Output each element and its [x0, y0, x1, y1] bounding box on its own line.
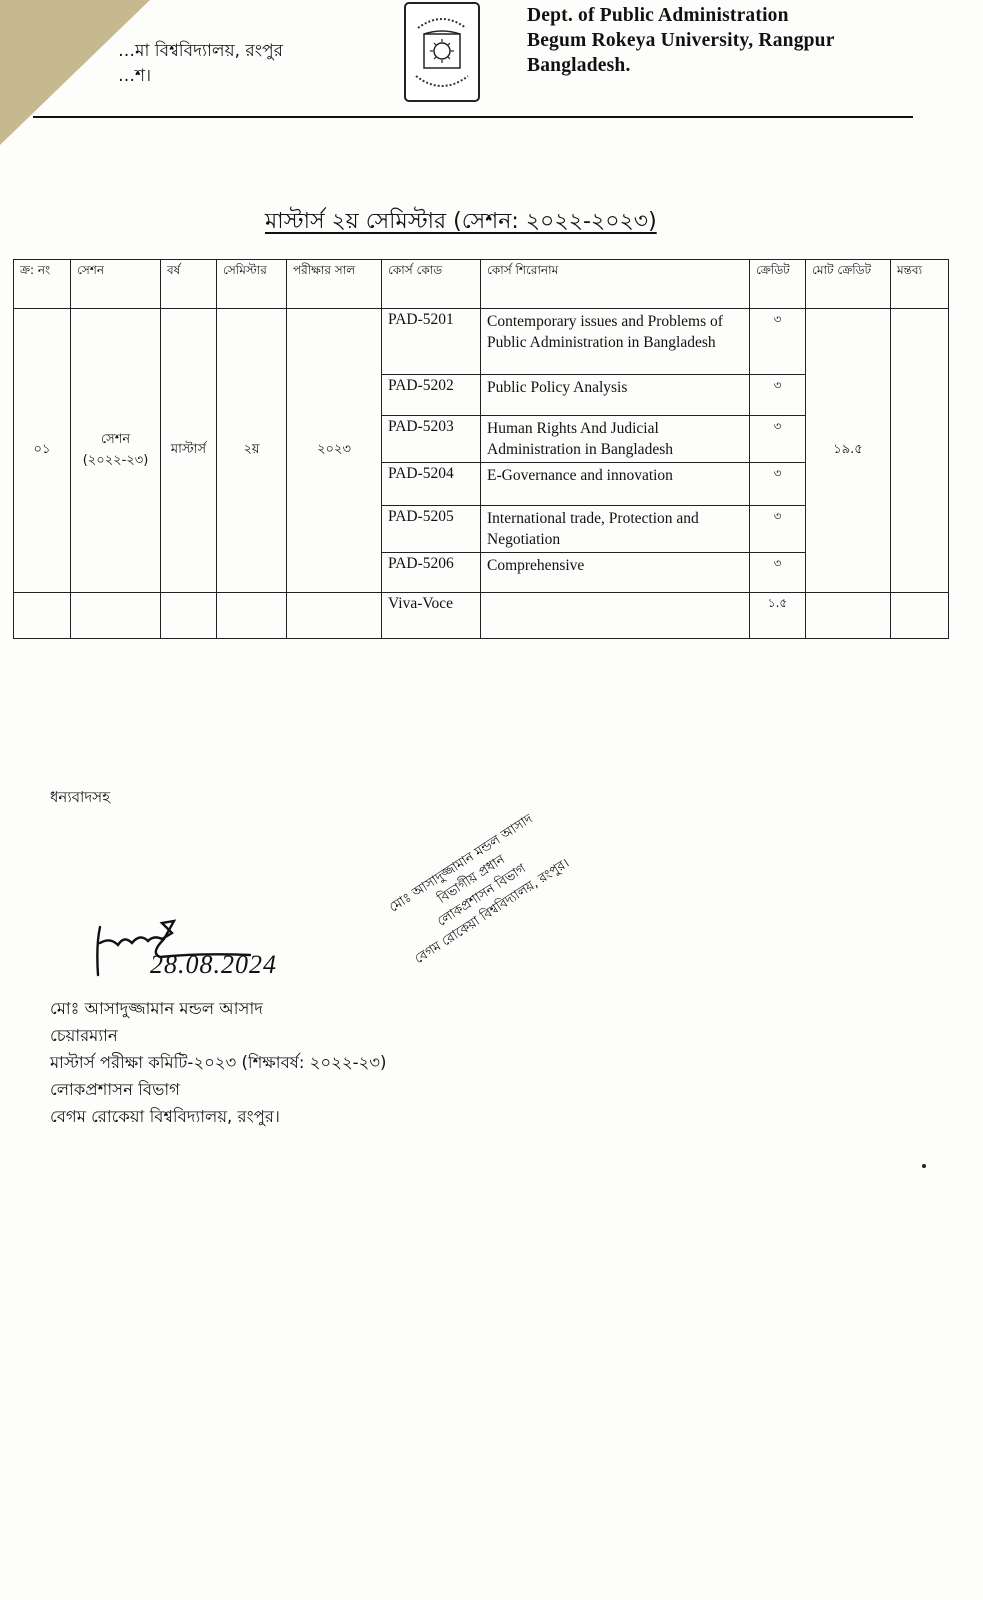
remarks-continuation	[891, 593, 949, 639]
total-credit-continuation	[806, 593, 891, 639]
closing-thanks: ধন্যবাদসহ	[50, 786, 110, 811]
session-continuation	[71, 593, 161, 639]
course-title: E-Governance and innovation	[481, 463, 750, 506]
header-divider	[33, 116, 913, 118]
course-title: International trade, Protection and Nego…	[481, 506, 750, 553]
exam-year-cell: ২০২৩	[287, 309, 382, 593]
header-course-code: কোর্স কোড	[382, 260, 481, 309]
header-total-credit: মোট ক্রেডিট	[806, 260, 891, 309]
header-course-title: কোর্স শিরোনাম	[481, 260, 750, 309]
remarks-cell	[891, 309, 949, 593]
header-session: সেশন	[71, 260, 161, 309]
signatory-block: মোঃ আসাদুজ্জামান মন্ডল আসাদ চেয়ারম্যান …	[50, 995, 386, 1130]
signatory-role: চেয়ারম্যান	[50, 1022, 386, 1049]
table-row: ০১ সেশন (২০২২-২৩) মাস্টার্স ২য় ২০২৩ PAD…	[14, 309, 949, 375]
viva-voce-credit: ১.৫	[750, 593, 806, 639]
semester-continuation	[217, 593, 287, 639]
course-title: Comprehensive	[481, 553, 750, 593]
course-code: PAD-5205	[382, 506, 481, 553]
course-credit: ৩	[750, 463, 806, 506]
course-title: Human Rights And Judicial Administration…	[481, 416, 750, 463]
year-cell: মাস্টার্স	[161, 309, 217, 593]
signatory-committee: মাস্টার্স পরীক্ষা কমিটি-২০২৩ (শিক্ষাবর্ষ…	[50, 1049, 386, 1076]
header-exam-year: পরীক্ষার সাল	[287, 260, 382, 309]
course-credit: ৩	[750, 506, 806, 553]
letterhead-country: Bangladesh.	[527, 53, 835, 78]
university-logo-icon	[404, 2, 480, 102]
letterhead-bangla-line: …মা বিশ্ববিদ্যালয়, রংপুর	[118, 39, 283, 64]
session-cell: সেশন (২০২২-২৩)	[71, 309, 161, 593]
course-credit: ৩	[750, 416, 806, 463]
header-year: বর্ষ	[161, 260, 217, 309]
semester-cell: ২য়	[217, 309, 287, 593]
letterhead-english: Dept. of Public Administration Begum Rok…	[527, 3, 835, 78]
serial-continuation	[14, 593, 71, 639]
table-header-row: ক্র: নং সেশন বর্ষ সেমিস্টার পরীক্ষার সাল…	[14, 260, 949, 309]
header-serial: ক্র: নং	[14, 260, 71, 309]
course-code: PAD-5202	[382, 375, 481, 416]
official-seal-stamp: মোঃ আসাদুজ্জামান মন্ডল আসাদ বিভাগীয় প্র…	[380, 806, 573, 968]
exam-year-continuation	[287, 593, 382, 639]
course-code: PAD-5201	[382, 309, 481, 375]
course-credit-table: ক্র: নং সেশন বর্ষ সেমিস্টার পরীক্ষার সাল…	[13, 259, 949, 639]
header-semester: সেমিস্টার	[217, 260, 287, 309]
course-title: Contemporary issues and Problems of Publ…	[481, 309, 750, 375]
table-row: Viva-Voce ১.৫	[14, 593, 949, 639]
viva-voce-title	[481, 593, 750, 639]
course-code: PAD-5206	[382, 553, 481, 593]
course-credit: ৩	[750, 553, 806, 593]
course-title: Public Policy Analysis	[481, 375, 750, 416]
year-continuation	[161, 593, 217, 639]
header-credit: ক্রেডিট	[750, 260, 806, 309]
signatory-department: লোকপ্রশাসন বিভাগ	[50, 1076, 386, 1103]
letterhead-bangla: …াগ …মা বিশ্ববিদ্যালয়, রংপুর …শ।	[118, 14, 283, 89]
letterhead-dept: Dept. of Public Administration	[527, 3, 835, 28]
header-remarks: মন্তব্য	[891, 260, 949, 309]
course-credit: ৩	[750, 309, 806, 375]
document-title: মাস্টার্স ২য় সেমিস্টার (সেশন: ২০২২-২০২৩…	[265, 204, 657, 241]
signature-date: 28.08.2024	[150, 950, 277, 980]
course-code: PAD-5203	[382, 416, 481, 463]
course-credit: ৩	[750, 375, 806, 416]
serial-cell: ০১	[14, 309, 71, 593]
signatory-name: মোঃ আসাদুজ্জামান মন্ডল আসাদ	[50, 995, 386, 1022]
viva-voce-code: Viva-Voce	[382, 593, 481, 639]
course-code: PAD-5204	[382, 463, 481, 506]
letterhead-university: Begum Rokeya University, Rangpur	[527, 28, 835, 53]
total-credit-cell: ১৯.৫	[806, 309, 891, 593]
signatory-university: বেগম রোকেয়া বিশ্ববিদ্যালয়, রংপুর।	[50, 1103, 386, 1130]
letterhead-bangla-line: …শ।	[118, 64, 283, 89]
paper-speck	[922, 1164, 926, 1168]
